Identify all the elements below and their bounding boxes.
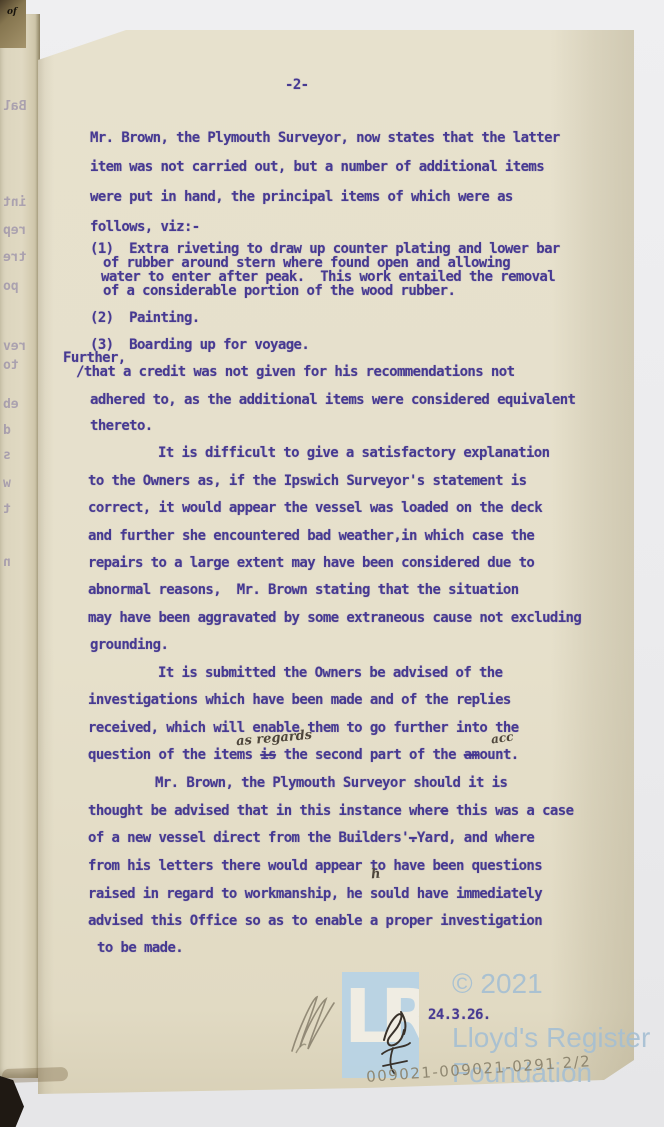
bleed-through-fragment: int <box>3 196 26 209</box>
document-scan: Balintreptreporevtoebdswtn LR © 2021 Llo… <box>0 0 664 1127</box>
typed-text: question of the items <box>88 747 260 763</box>
underlying-page-edge <box>0 14 40 1078</box>
bleed-through-fragment: eb <box>3 398 19 411</box>
typed-line: Further, <box>63 351 126 365</box>
bleed-through-fragment: rep <box>3 224 26 237</box>
corner-tag-text: of <box>7 7 17 17</box>
struck-text: am <box>464 747 480 763</box>
typed-date: 24.3.26. <box>428 1008 491 1022</box>
typed-text: follows, viz:- <box>90 219 200 235</box>
typed-line: were put in hand, the principal items of… <box>90 190 513 204</box>
typed-line: It is difficult to give a satisfactory e… <box>158 446 549 460</box>
typed-text: abnormal reasons, Mr. Brown stating that… <box>88 582 519 598</box>
typed-line: and further she encountered bad weather,… <box>88 529 534 543</box>
typed-line: may have been aggravated by some extrane… <box>88 611 581 625</box>
bleed-through-fragment: po <box>3 280 19 293</box>
typed-line: abnormal reasons, Mr. Brown stating that… <box>88 583 519 597</box>
typed-text: It is difficult to give a satisfactory e… <box>158 445 549 461</box>
bleed-through-fragment: t <box>3 503 11 516</box>
bleed-through-fragment: tre <box>3 251 26 264</box>
typed-text: the second part of the <box>276 747 464 763</box>
typed-text: correct, it would appear the vessel was … <box>88 500 542 516</box>
typed-text: Mr. Brown, the Plymouth Surveyor should … <box>155 775 507 791</box>
typed-text: investigations which have been made and … <box>88 692 511 708</box>
bleed-through-fragment: rev <box>3 340 26 353</box>
typed-text: may have been aggravated by some extrane… <box>88 610 581 626</box>
typed-line: of rubber around stern where found open … <box>103 256 510 270</box>
typed-line: from his letters there would appear to h… <box>88 859 542 873</box>
typed-line: Mr. Brown, the Plymouth Surveyor should … <box>155 776 507 790</box>
typed-text: item was not carried out, but a number o… <box>90 159 544 175</box>
typed-text: (2) Painting. <box>90 310 200 326</box>
typed-line: water to enter after peak. This work ent… <box>101 270 555 284</box>
typed-line: raised in regard to workmanship, he soul… <box>88 887 542 901</box>
bleed-through-fragment: s <box>3 449 11 462</box>
struck-text: is <box>260 747 276 763</box>
typed-line: thereto. <box>90 419 153 433</box>
typed-text: repairs to a large extent may have been … <box>88 555 534 571</box>
typed-text: and further she encountered bad weather,… <box>88 528 534 544</box>
typed-text: grounding. <box>90 637 168 653</box>
typed-line: to the Owners as, if the Ipswich Surveyo… <box>88 474 526 488</box>
typed-line: question of the items is the second part… <box>88 748 519 762</box>
typed-line: (1) Extra riveting to draw up counter pl… <box>90 242 560 256</box>
typed-text: Yard, and where <box>417 830 534 846</box>
typed-text: to be made. <box>97 940 183 956</box>
bleed-through-fragment: to <box>3 359 19 372</box>
struck-text: e <box>440 803 448 819</box>
typed-line: follows, viz:- <box>90 220 200 234</box>
typed-text: advised this Office so as to enable a pr… <box>88 913 542 929</box>
typed-text: /that a credit was not given for his rec… <box>76 364 514 380</box>
typed-text: to the Owners as, if the Ipswich Surveyo… <box>88 473 526 489</box>
typed-line: thought be advised that in this instance… <box>88 804 573 818</box>
corner-paper-tag: of <box>0 0 26 48</box>
typed-line: correct, it would appear the vessel was … <box>88 501 542 515</box>
pencil-scribble-signature <box>286 993 338 1057</box>
typed-line: (2) Painting. <box>90 311 200 325</box>
typed-text: this was a case <box>448 803 573 819</box>
typed-text: adhered to, as the additional items were… <box>90 392 575 408</box>
typed-line: grounding. <box>90 638 168 652</box>
typed-text: ount. <box>479 747 518 763</box>
page-number: -2- <box>285 78 309 92</box>
typed-line: of a new vessel direct from the Builders… <box>88 831 534 845</box>
bleed-through-fragment: n <box>3 556 11 569</box>
typed-line: item was not carried out, but a number o… <box>90 160 544 174</box>
bleed-through-fragment: w <box>3 477 11 490</box>
typed-line: of a considerable portion of the wood ru… <box>103 284 455 298</box>
typed-text: 24.3.26. <box>428 1007 491 1023</box>
typed-line: Mr. Brown, the Plymouth Surveyor, now st… <box>90 131 560 145</box>
typed-text: of a new vessel direct from the Builders… <box>88 830 409 846</box>
handwritten-correction: h <box>370 868 381 882</box>
watermark-name-line1: Lloyd's Register <box>452 1024 650 1052</box>
typed-text: from his letters there would appear to h… <box>88 858 542 874</box>
bleed-through-fragment: Bal <box>3 100 26 113</box>
typed-text: of a considerable portion of the wood ru… <box>103 283 455 299</box>
typed-text: thought be advised that in this instance… <box>88 803 440 819</box>
typed-line: adhered to, as the additional items were… <box>90 393 575 407</box>
bleed-through-fragment: d <box>3 424 11 437</box>
typed-line: repairs to a large extent may have been … <box>88 556 534 570</box>
typed-line: advised this Office so as to enable a pr… <box>88 914 542 928</box>
typed-text: Mr. Brown, the Plymouth Surveyor, now st… <box>90 130 560 146</box>
handwritten-correction: acc <box>490 731 514 746</box>
watermark-copyright: © 2021 <box>452 970 543 998</box>
struck-text: . <box>409 830 417 846</box>
typed-text: It is submitted the Owners be advised of… <box>158 665 502 681</box>
typed-line: investigations which have been made and … <box>88 693 511 707</box>
typed-line: /that a credit was not given for his rec… <box>76 365 514 379</box>
typed-text: raised in regard to workmanship, he soul… <box>88 886 542 902</box>
typed-line: to be made. <box>97 941 183 955</box>
typed-text: -2- <box>285 77 309 93</box>
typed-text: were put in hand, the principal items of… <box>90 189 513 205</box>
bottom-left-dark-corner <box>0 1076 24 1127</box>
typed-text: thereto. <box>90 418 153 434</box>
typed-line: It is submitted the Owners be advised of… <box>158 666 502 680</box>
